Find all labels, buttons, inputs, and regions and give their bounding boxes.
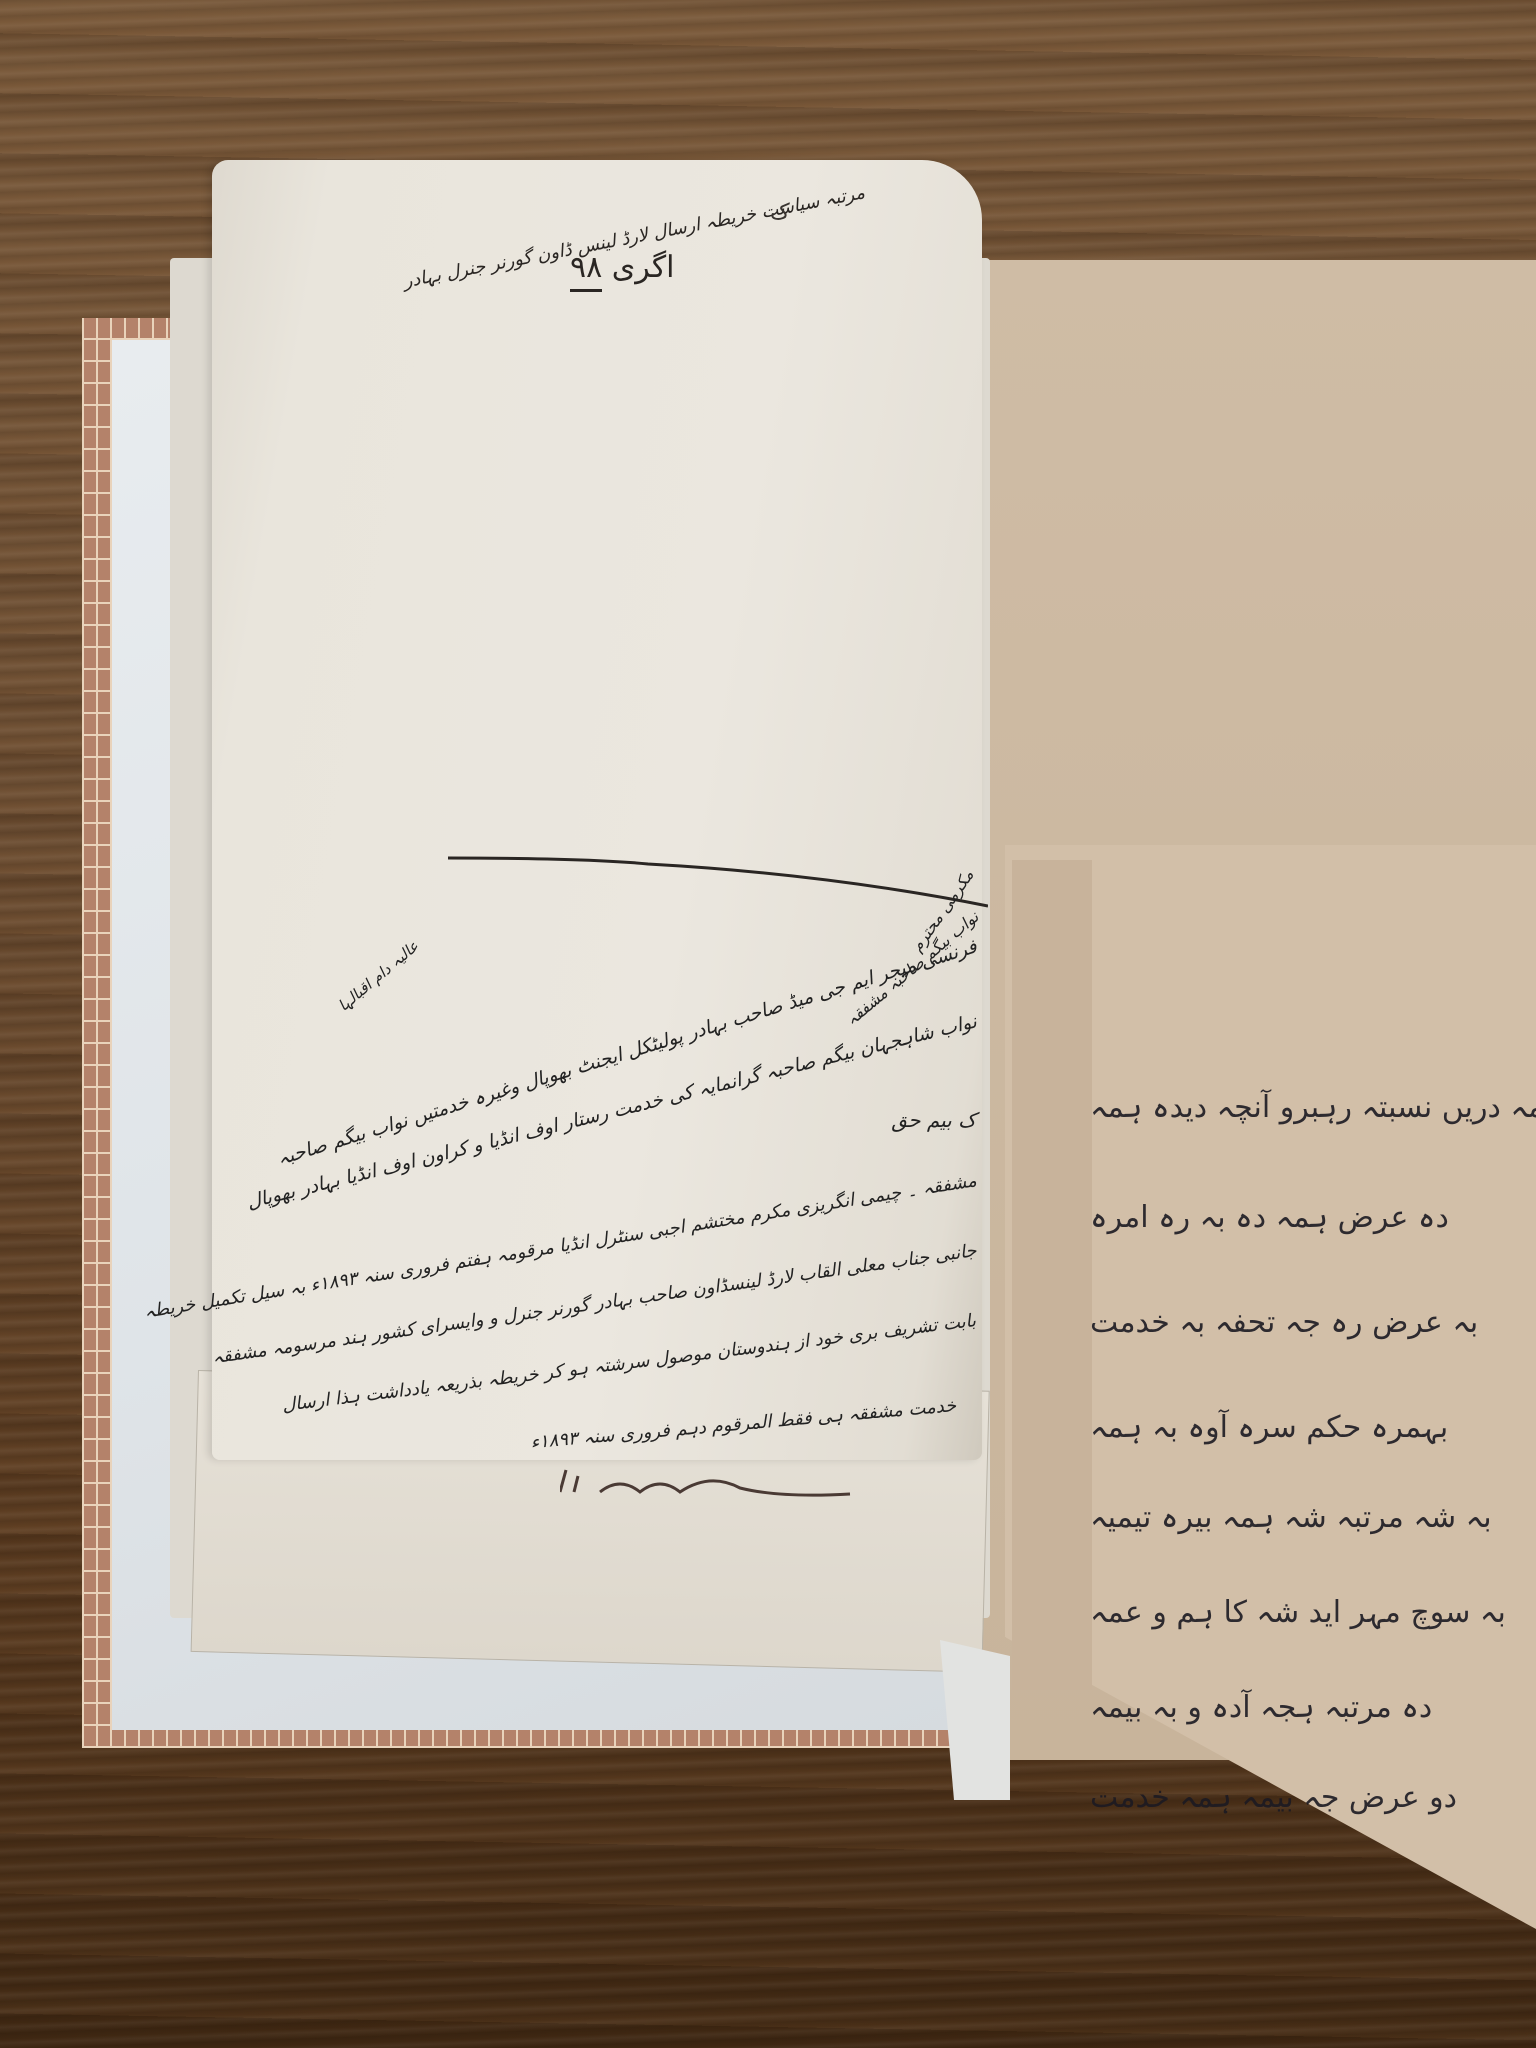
right-text-line: دہ عرض ہمہ دہ بہ رہ امرہ [1090, 1200, 1449, 1235]
corner-mark: ک [770, 200, 790, 225]
decorative-arc-line [448, 850, 988, 910]
right-text-line: دو عرض جہ بیمہ ہمہ خدمت [1090, 1780, 1457, 1815]
right-text-line: بہ عرض رہ جہ تحفہ بہ خدمت [1090, 1305, 1478, 1340]
right-text-line: بہمرہ حکم سرہ آوہ بہ ہمہ [1090, 1410, 1448, 1445]
right-text-line: بہ سوچ مہر اید شہ کا ہم و عمہ [1090, 1595, 1506, 1630]
right-text-line: دہ مرتبہ ہجہ آدہ و بہ بیمہ [1090, 1690, 1432, 1725]
folio-number: ۹۸ [570, 250, 602, 292]
signature-scrawl [560, 1462, 860, 1498]
text-line: ک بیم حق [891, 1108, 976, 1132]
right-sheet-flap [1012, 860, 1092, 1690]
folio-marker: اگری ۹۸ [560, 250, 674, 292]
folio-label: اگری [612, 250, 675, 285]
right-text-line: بہ عرض ہمہ دریں نسبتہ رہبرو آنچہ دیدہ ہم… [1090, 1090, 1536, 1125]
right-text-line: بہ شہ مرتبہ شہ ہمہ بیرہ تیمیہ [1090, 1500, 1492, 1535]
